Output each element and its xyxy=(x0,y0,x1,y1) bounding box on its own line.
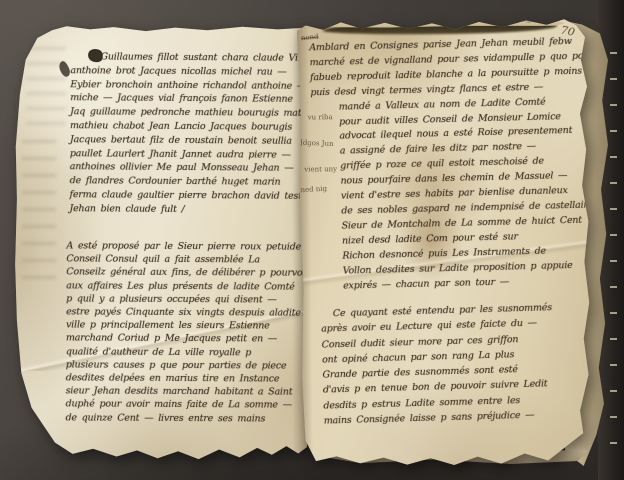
right-page-resolution-paragraph: Ce quayant esté entendu par les susnommé… xyxy=(321,299,586,429)
manuscript-photograph: Guillaumes fillot sustant chara claude V… xyxy=(0,0,624,480)
right-page-shadow-wrap: 70 nondvu ribaJdgos Junvient unyned nig … xyxy=(299,16,593,466)
manuscript-line: Jacques bertaut filz de roustain benoit … xyxy=(70,133,306,148)
manuscript-line: duphé pour avoir mains faite de La somme… xyxy=(66,398,306,412)
manuscript-line: qualité d'autheur de La ville royalle p xyxy=(66,345,306,359)
manuscript-line: estre payés Cinquante six vingts despuis… xyxy=(66,305,306,319)
manuscript-line: A esté proposé par le Sieur pierre roux … xyxy=(66,239,306,253)
manuscript-line: plusieurs causes p que pour parties de p… xyxy=(66,358,306,372)
left-page-deliberation-paragraph: A esté proposé par le Sieur pierre roux … xyxy=(66,239,307,425)
ink-bleedthrough-top xyxy=(26,47,66,127)
left-manuscript-page: Guillaumes fillot sustant chara claude V… xyxy=(14,25,307,460)
manuscript-line: Conseilz général aux fins, de délibérer … xyxy=(66,266,306,280)
manuscript-line: Guillaumes fillot sustant chara claude V… xyxy=(70,50,306,65)
manuscript-line: p quil y a plusieurs occupées qui disent… xyxy=(66,292,306,306)
manuscript-line: marchand Coriud p Me Jacques petit en — xyxy=(66,332,306,346)
manuscript-line: ville p principallement les sieurs Estie… xyxy=(66,319,306,333)
right-page-main-paragraph: Amblard en Consignes parise Jean Jehan m… xyxy=(309,35,587,295)
margin-annotations: nondvu ribaJdgos Junvient unyned nig xyxy=(297,14,591,17)
left-page-shadow-wrap: Guillaumes fillot sustant chara claude V… xyxy=(14,25,307,460)
manuscript-line: aux affaires Les plus présents de ladite… xyxy=(66,279,306,293)
manuscript-line: ferma claude gaultier pierre brachon dav… xyxy=(70,188,306,203)
cloth-stitching xyxy=(610,52,617,462)
manuscript-line: de quinze Cent — livres entre ses mains xyxy=(66,411,306,425)
manuscript-line: Conseil Consul quil a fait assemblée La xyxy=(66,253,306,267)
right-manuscript-page: 70 nondvu ribaJdgos Junvient unyned nig … xyxy=(297,14,596,467)
manuscript-line: Jehan bien claude fult / xyxy=(69,202,305,217)
ink-bleedthrough-margin xyxy=(22,140,56,290)
manuscript-line: mathieu chabot Jean Lancio Jacques bouru… xyxy=(70,119,306,134)
left-page-name-list: Guillaumes fillot sustant chara claude V… xyxy=(69,50,306,217)
manuscript-line: desdites delpées en marius tire en Insta… xyxy=(66,371,306,385)
manuscript-line: anthoine brot Jacques nicollas michel ra… xyxy=(70,64,306,79)
manuscript-line: sieur Jehan desdits marchand habitant a … xyxy=(66,385,306,399)
